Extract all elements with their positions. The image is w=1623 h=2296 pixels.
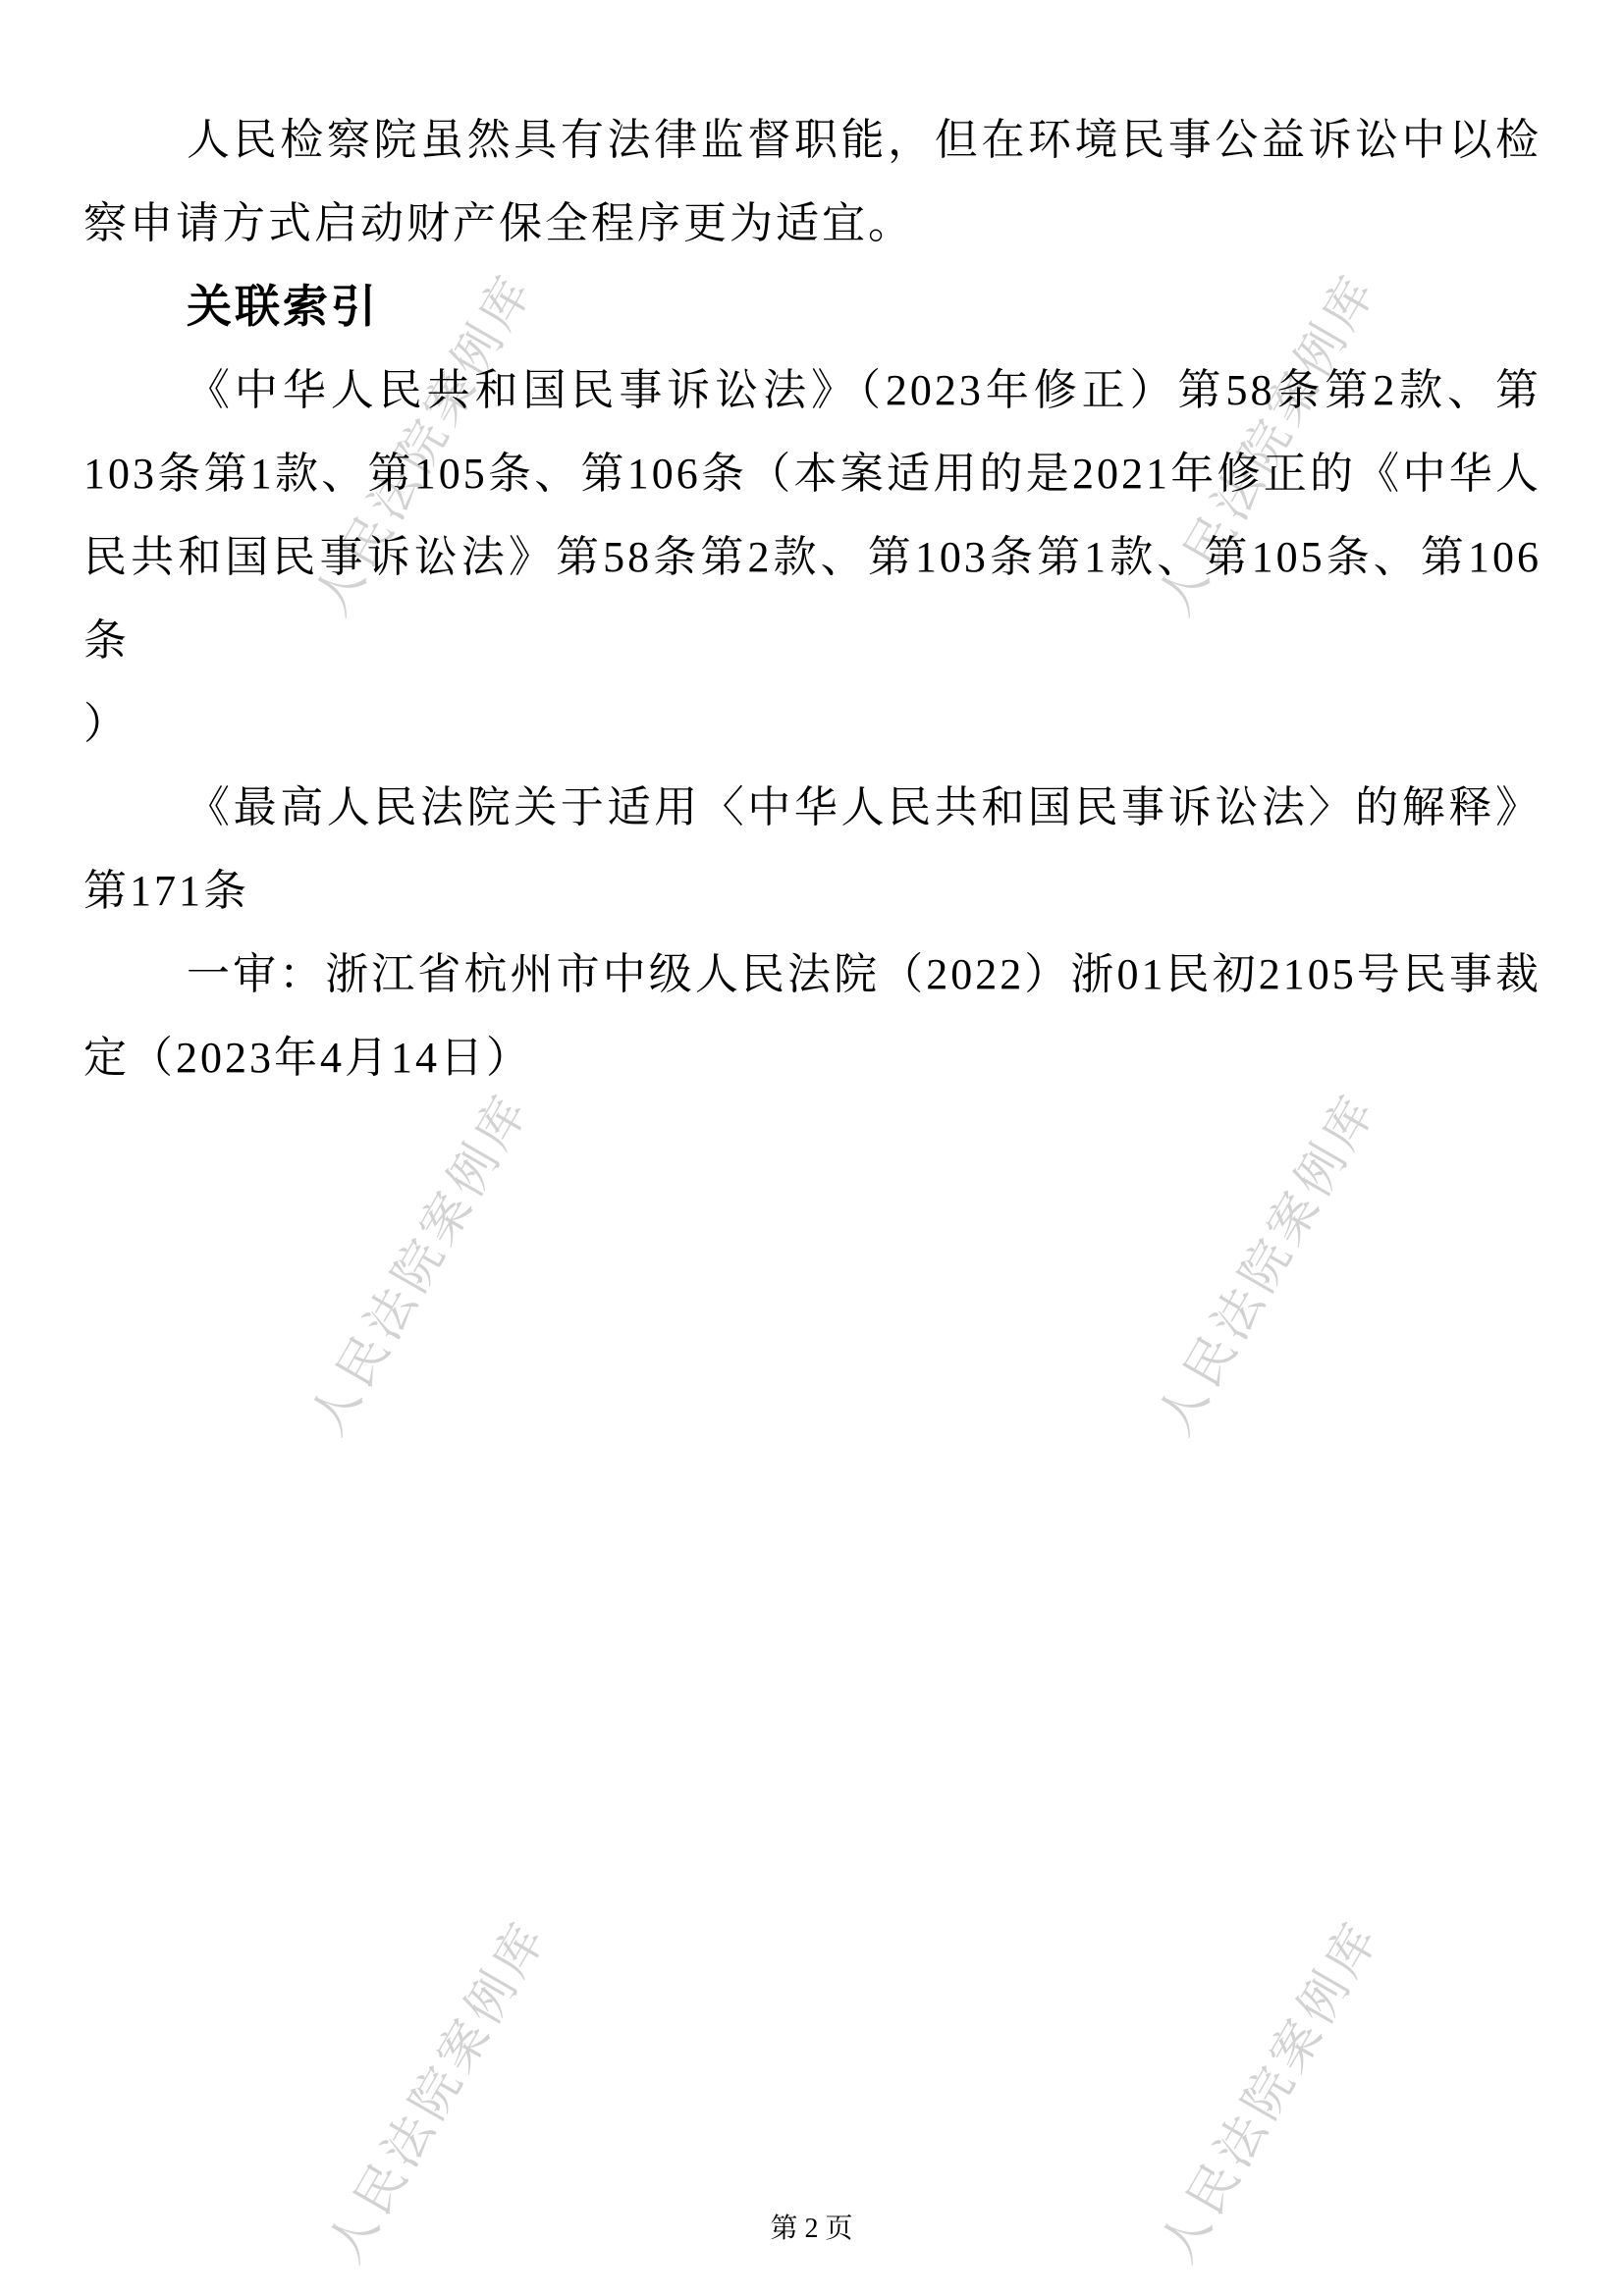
body-line: ）	[83, 682, 1542, 766]
document-page: 人民法院案例库 人民法院案例库 人民法院案例库 人民法院案例库 人民法院案例库 …	[0, 0, 1623, 2296]
body-line: 《最高人民法院关于适用〈中华人民共和国民事诉讼法〉的解释》	[83, 766, 1542, 849]
body-line: 一审：浙江省杭州市中级人民法院（2022）浙01民初2105号民事裁	[83, 933, 1542, 1016]
body-line: 人民检察院虽然具有法律监督职能，但在环境民事公益诉讼中以检	[83, 98, 1542, 182]
document-body: 人民检察院虽然具有法律监督职能，但在环境民事公益诉讼中以检 察申请方式启动财产保…	[83, 98, 1542, 1099]
body-line: 第171条	[83, 849, 1542, 933]
watermark-text: 人民法院案例库	[290, 1077, 543, 1445]
body-line: 定（2023年4月14日）	[83, 1016, 1542, 1099]
body-line: 察申请方式启动财产保全程序更为适宜。	[83, 182, 1542, 265]
body-line: 103条第1款、第105条、第106条（本案适用的是2021年修正的《中华人	[83, 432, 1542, 515]
body-line: 民共和国民事诉讼法》第58条第2款、第103条第1款、第105条、第106条	[83, 515, 1542, 682]
page-number: 第 2 页	[0, 2207, 1623, 2252]
related-index-heading: 关联索引	[83, 265, 1542, 348]
watermark-text: 人民法院案例库	[1137, 1077, 1390, 1445]
body-line: 《中华人民共和国民事诉讼法》（2023年修正）第58条第2款、第	[83, 348, 1542, 432]
